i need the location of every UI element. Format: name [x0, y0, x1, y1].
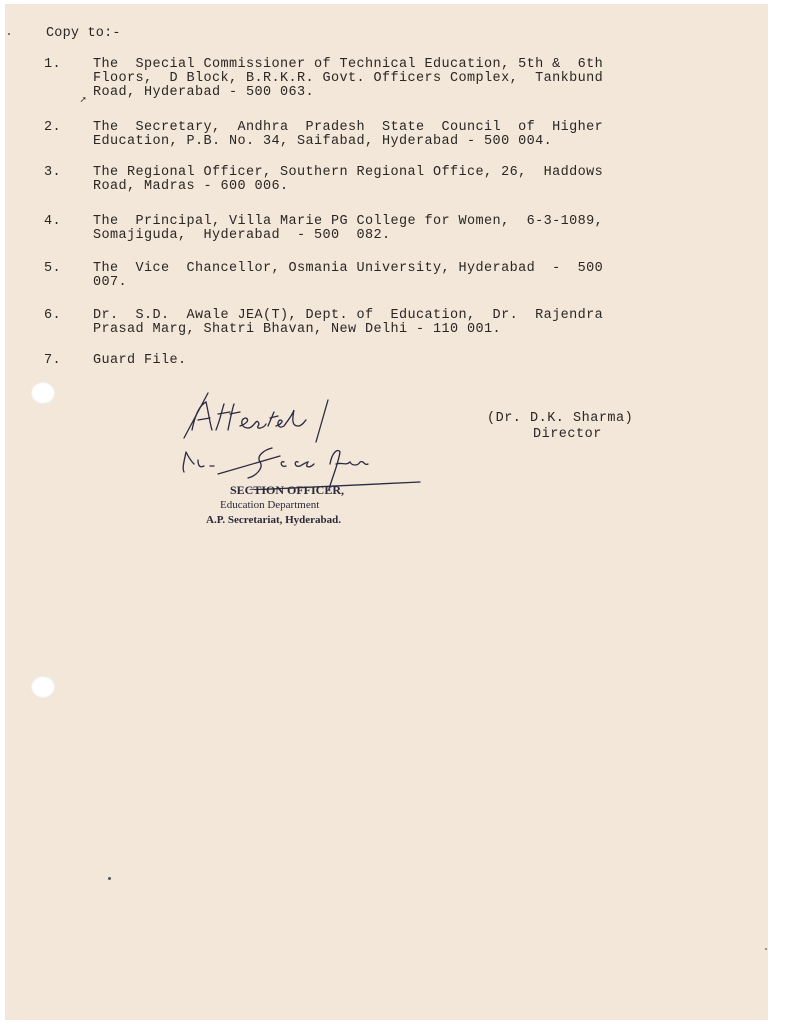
signatory-name: (Dr. D.K. Sharma)	[487, 411, 633, 426]
attested-handwriting	[180, 390, 430, 495]
punch-hole-top	[31, 382, 55, 404]
document-page	[5, 4, 768, 1020]
copy-to-heading: Copy to:-	[46, 26, 121, 41]
ink-speck	[765, 948, 767, 950]
ink-speck	[108, 877, 111, 880]
ink-speck	[8, 33, 10, 35]
handwritten-signature-icon	[180, 390, 430, 490]
section-officer-stamp: SECTION OFFICER, Education Department A.…	[206, 483, 344, 528]
signatory-title: Director	[533, 427, 602, 442]
punch-hole-bottom	[31, 676, 55, 698]
margin-mark-icon: ➚	[80, 95, 86, 107]
